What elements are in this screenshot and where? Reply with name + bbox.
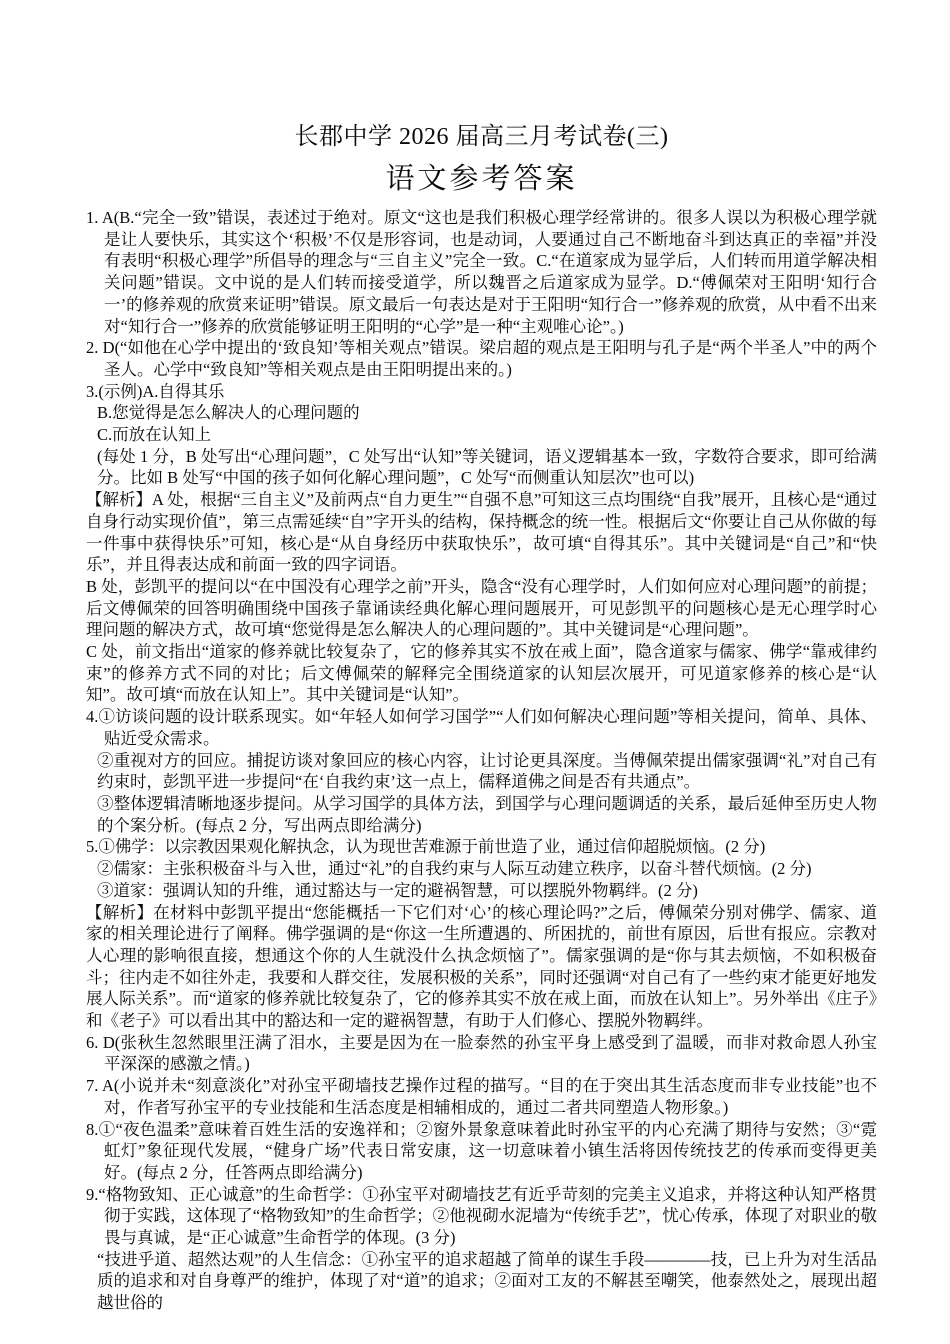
answer-body: 1. A(B.“完全一致”错误，表述过于绝对。原文“这也是我们积极心理学经常讲的… — [86, 207, 877, 1314]
paragraph: 5.①佛学：以宗教因果观化解执念，认为现世苦难源于前世造了业，通过信仰超脱烦恼。… — [86, 836, 877, 858]
paragraph: B.您觉得是怎么解决人的心理问题的 — [86, 402, 877, 424]
paragraph: “技进乎道、超然达观”的人生信念：①孙宝平的追求超越了简单的谋生手段————技，… — [86, 1249, 877, 1314]
paragraph: ③整体逻辑清晰地逐步提问。从学习国学的具体方法，到国学与心理问题调适的关系，最后… — [86, 793, 877, 836]
paragraph: 【解析】在材料中彭凯平提出“您能概括一下它们对‘心’的核心理论吗?”之后，傅佩荣… — [86, 902, 877, 1032]
paragraph: ②儒家：主张积极奋斗与入世，通过“礼”的自我约束与人际互动建立秩序，以奋斗替代烦… — [86, 858, 877, 880]
paragraph: C 处，前文指出“道家的修养就比较复杂了，它的修养其实不放在戒上面”，隐含道家与… — [86, 641, 877, 706]
exam-title: 长郡中学 2026 届高三月考试卷(三) — [86, 116, 877, 151]
paragraph: 1. A(B.“完全一致”错误，表述过于绝对。原文“这也是我们积极心理学经常讲的… — [86, 207, 877, 337]
answer-key-subtitle: 语文参考答案 — [86, 156, 877, 197]
paragraph: 2. D(“如他在心学中提出的‘致良知’等相关观点”错误。梁启超的观点是王阳明与… — [86, 337, 877, 380]
paragraph: 4.①访谈问题的设计联系现实。如“年轻人如何学习国学”“人们如何解决心理问题”等… — [86, 706, 877, 749]
paragraph: ③道家：强调认知的升维，通过豁达与一定的避祸智慧，可以摆脱外物羁绊。(2 分) — [86, 880, 877, 902]
paragraph: C.而放在认知上 — [86, 424, 877, 446]
page-content: 长郡中学 2026 届高三月考试卷(三) 语文参考答案 1. A(B.“完全一致… — [0, 0, 950, 1314]
paragraph: ②重视对方的回应。捕捉访谈对象回应的核心内容，让讨论更具深度。当傅佩荣提出儒家强… — [86, 750, 877, 793]
paragraph: 3.(示例)A.自得其乐 — [86, 381, 877, 403]
paragraph: 7. A(小说并未“刻意淡化”对孙宝平砌墙技艺操作过程的描写。“目的在于突出其生… — [86, 1075, 877, 1118]
paragraph: 【解析】A 处，根据“三自主义”及前两点“自力更生”“自强不息”可知这三点均围绕… — [86, 489, 877, 576]
exam-answer-page: 长郡中学 2026 届高三月考试卷(三) 语文参考答案 1. A(B.“完全一致… — [0, 0, 950, 1344]
paragraph: (每处 1 分，B 处写出“心理问题”，C 处写出“认知”等关键词，语义逻辑基本… — [86, 446, 877, 489]
paragraph: B 处，彭凯平的提问以“在中国没有心理学之前”开头，隐含“没有心理学时，人们如何… — [86, 576, 877, 641]
paragraph: 6. D(张秋生忽然眼里汪满了泪水，主要是因为在一脸泰然的孙宝平身上感受到了温暖… — [86, 1032, 877, 1075]
paragraph: 9.“格物致知、正心诚意”的生命哲学：①孙宝平对砌墙技艺有近乎苛刻的完美主义追求… — [86, 1184, 877, 1249]
paragraph: 8.①“夜色温柔”意味着百姓生活的安逸祥和；②窗外景象意味着此时孙宝平的内心充满… — [86, 1119, 877, 1184]
